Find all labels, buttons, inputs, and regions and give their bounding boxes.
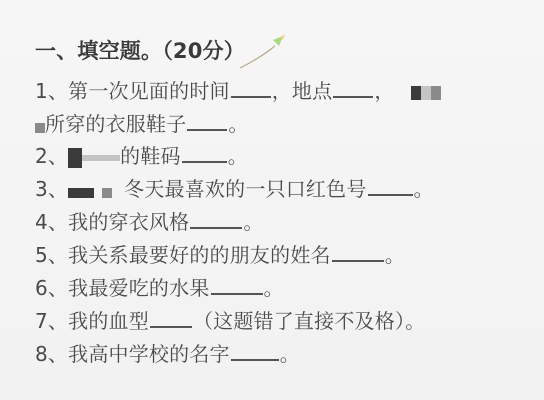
question-number: 4、 bbox=[35, 210, 68, 234]
question-1: 1、第一次见面的时间，地点， bbox=[35, 78, 441, 104]
question-text: 的鞋码 bbox=[120, 144, 181, 168]
question-text: ，地点 bbox=[272, 79, 333, 103]
question-text: 我关系最要好的的朋友的姓名 bbox=[68, 243, 331, 267]
answer-blank bbox=[231, 78, 271, 98]
question-2: 2、的鞋码。 bbox=[35, 143, 248, 169]
question-text: 所穿的衣服鞋子 bbox=[45, 112, 186, 136]
redacted-block bbox=[102, 188, 112, 198]
document-page: 一、填空题。（20分） 1、第一次见面的时间，地点， 所穿的衣服鞋子。 2、的鞋… bbox=[0, 0, 544, 400]
redacted-block bbox=[35, 123, 45, 133]
question-number: 7、 bbox=[35, 309, 68, 333]
question-end: 。 bbox=[405, 309, 425, 333]
redacted-block bbox=[421, 86, 431, 100]
answer-blank bbox=[211, 275, 263, 295]
question-end: 。 bbox=[280, 342, 300, 366]
answer-blank bbox=[182, 143, 227, 163]
question-number: 8、 bbox=[35, 342, 68, 366]
redacted-block bbox=[82, 155, 120, 161]
question-3: 3、冬天最喜欢的一只口红色号。 bbox=[35, 176, 434, 202]
question-number: 2、 bbox=[35, 144, 68, 168]
answer-blank bbox=[190, 209, 242, 229]
answer-blank bbox=[333, 78, 373, 98]
question-4: 4、我的穿衣风格。 bbox=[35, 209, 264, 235]
question-end: 。 bbox=[385, 243, 405, 267]
question-5: 5、我关系最要好的的朋友的姓名。 bbox=[35, 242, 405, 268]
question-end: 。 bbox=[414, 177, 434, 201]
question-text: 第一次见面的时间 bbox=[68, 79, 230, 103]
question-note: （这题错了直接不及格） bbox=[193, 309, 405, 333]
redacted-block bbox=[431, 86, 441, 100]
question-6: 6、我最爱吃的水果。 bbox=[35, 275, 284, 301]
question-text: 我高中学校的名字 bbox=[68, 342, 230, 366]
section-title: 一、填空题。（20分） bbox=[35, 38, 245, 64]
question-text: 我的穿衣风格 bbox=[68, 210, 189, 234]
question-text: 冬天最喜欢的一只口红色号 bbox=[124, 177, 366, 201]
question-1-continued: 所穿的衣服鞋子。 bbox=[35, 111, 249, 137]
question-text: ， bbox=[374, 79, 394, 103]
question-end: 。 bbox=[228, 112, 248, 136]
question-end: 。 bbox=[243, 210, 263, 234]
redacted-block bbox=[68, 188, 94, 198]
answer-blank bbox=[231, 341, 279, 361]
redacted-block bbox=[411, 86, 421, 100]
question-number: 5、 bbox=[35, 243, 68, 267]
question-number: 1、 bbox=[35, 79, 68, 103]
answer-blank bbox=[332, 242, 384, 262]
answer-blank bbox=[150, 308, 192, 328]
redacted-block bbox=[68, 148, 82, 168]
question-8: 8、我高中学校的名字。 bbox=[35, 341, 300, 367]
question-7: 7、我的血型（这题错了直接不及格）。 bbox=[35, 308, 425, 334]
question-number: 6、 bbox=[35, 276, 68, 300]
question-end: 。 bbox=[228, 144, 248, 168]
answer-blank bbox=[368, 176, 413, 196]
question-end: 。 bbox=[264, 276, 284, 300]
question-text: 我最爱吃的水果 bbox=[68, 276, 209, 300]
question-text: 我的血型 bbox=[68, 309, 149, 333]
question-number: 3、 bbox=[35, 177, 68, 201]
answer-blank bbox=[187, 111, 227, 131]
